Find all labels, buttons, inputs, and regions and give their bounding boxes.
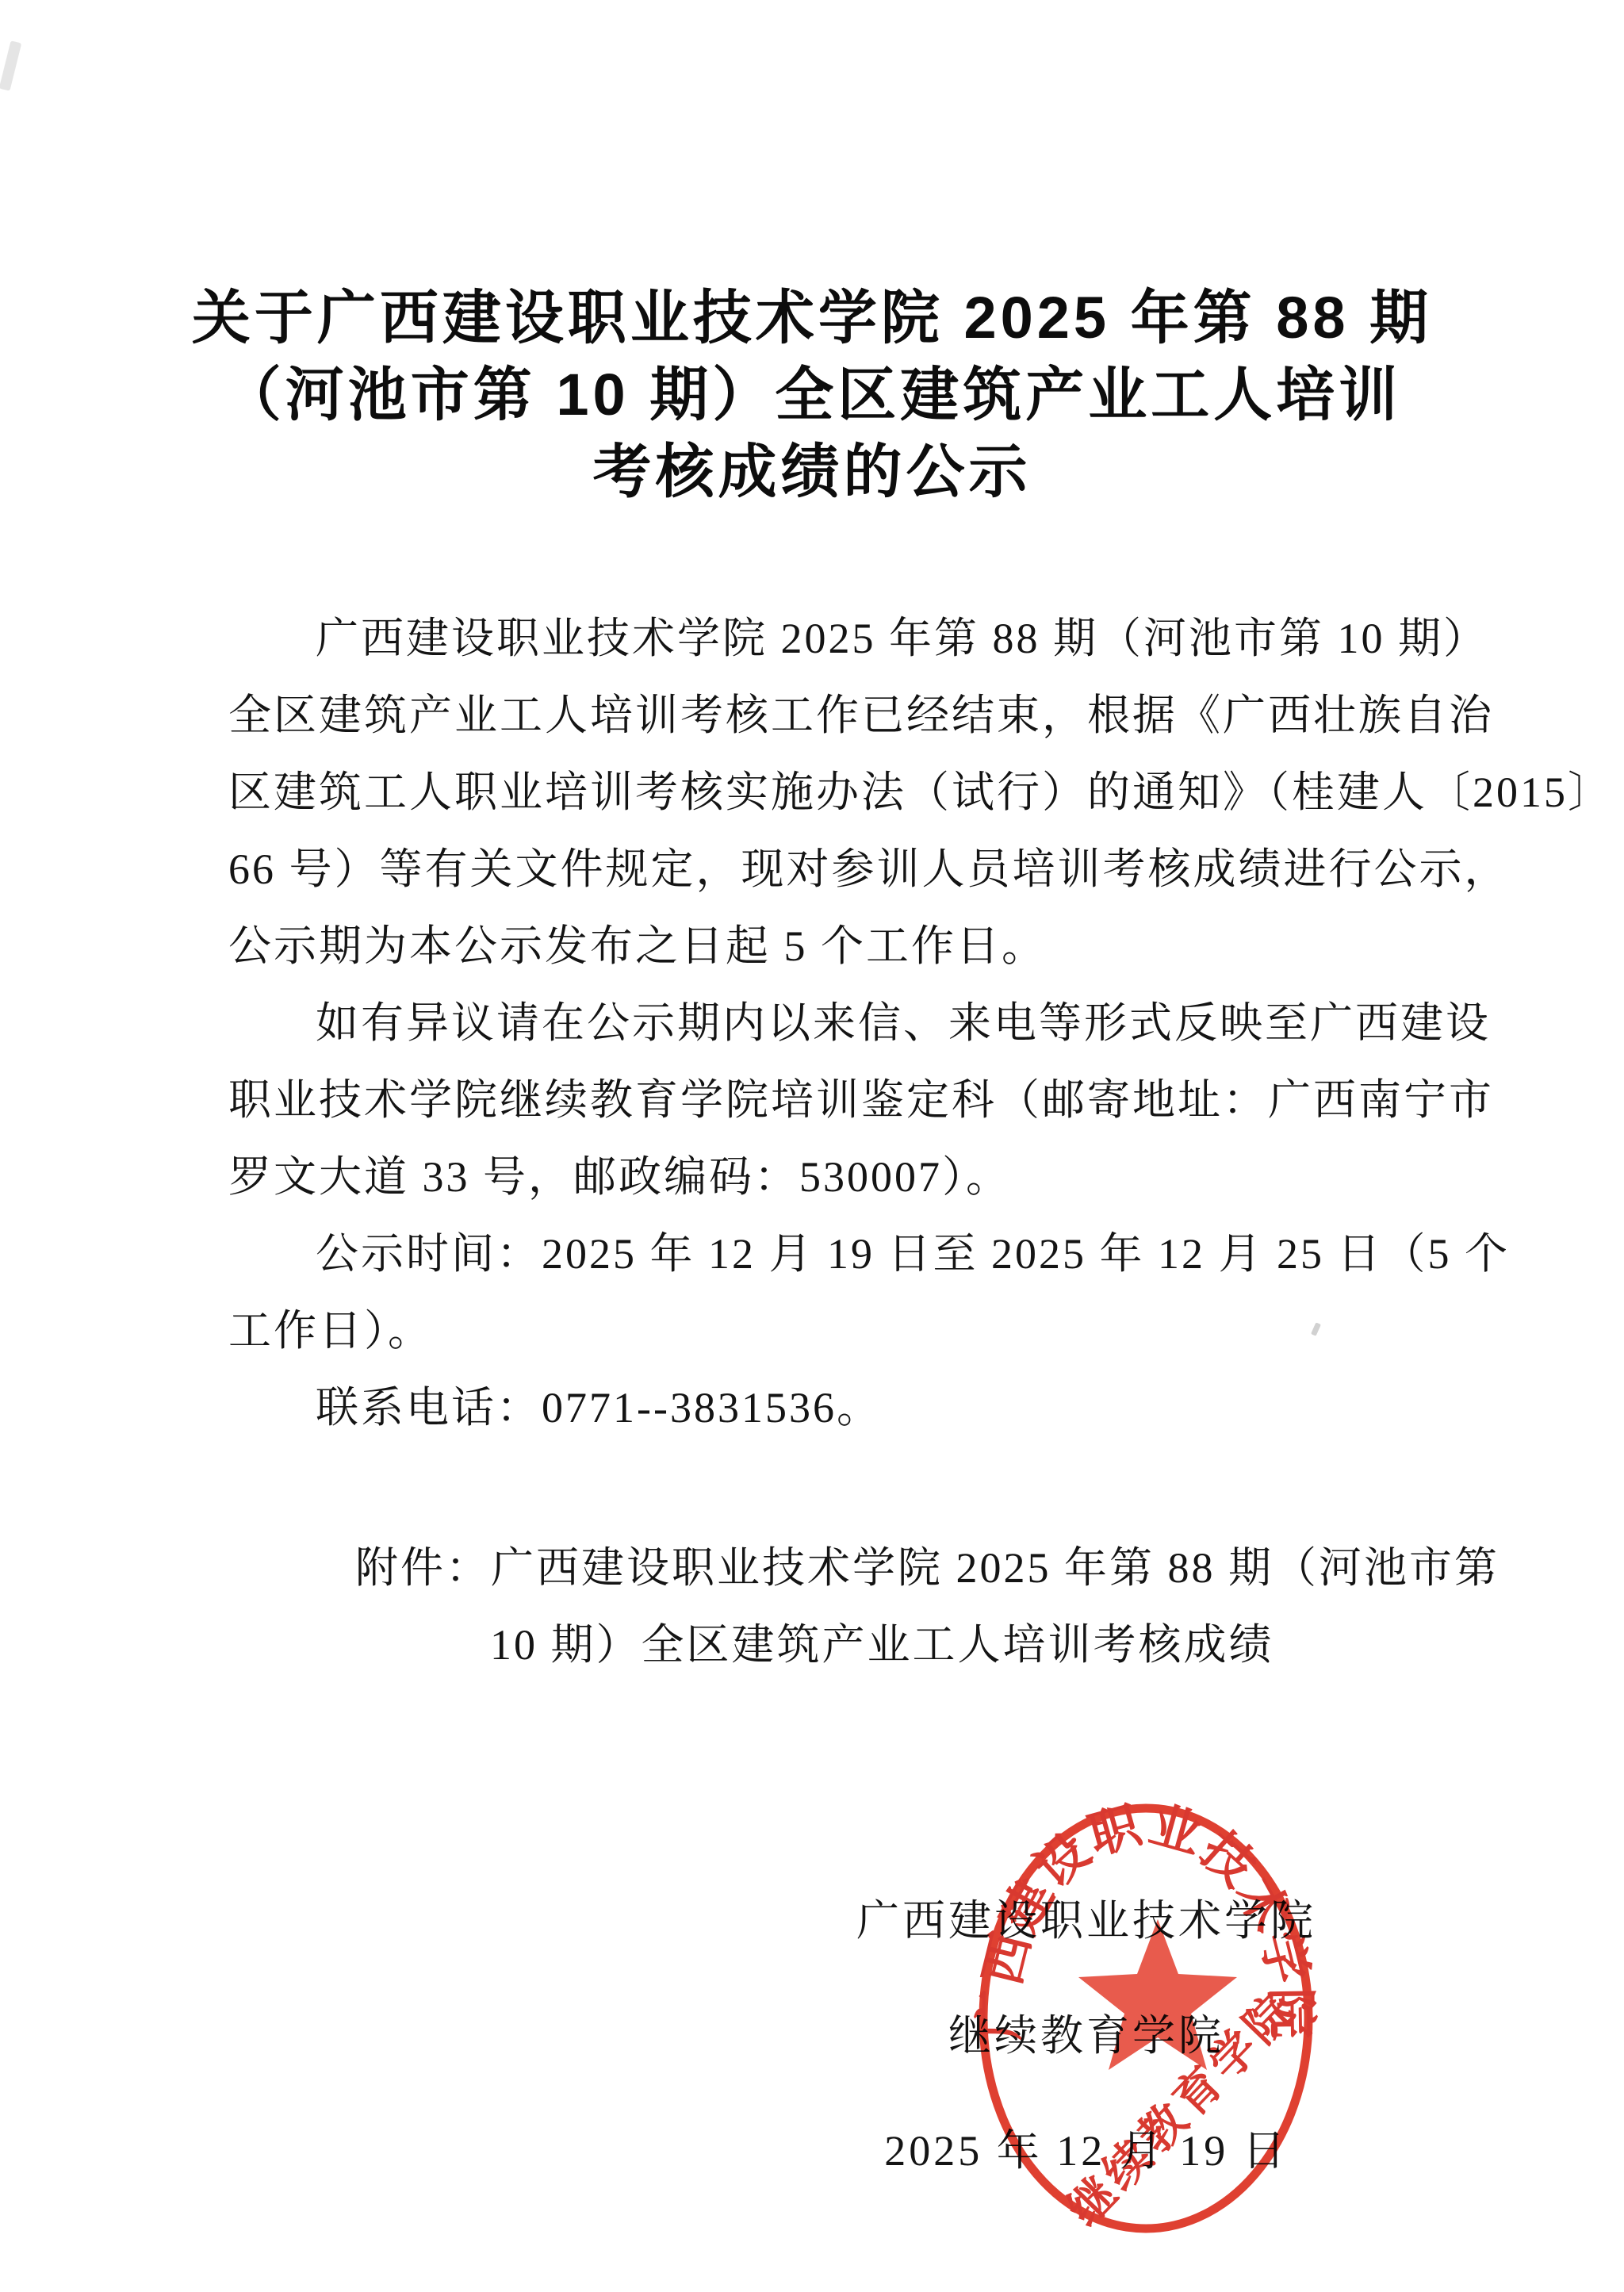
body-line: 区建筑工人职业培训考核实施办法（试行）的通知》（桂建人〔2015〕 <box>228 754 1465 831</box>
scan-artifact <box>0 40 21 91</box>
body-line: 联系电话：0771--3831536。 <box>228 1370 1465 1447</box>
title-line-2: （河池市第 10 期）全区建筑产业工人培训 <box>0 356 1624 433</box>
body-line: 66 号）等有关文件规定，现对参训人员培训考核成绩进行公示， <box>228 831 1465 908</box>
body-line: 全区建筑产业工人培训考核工作已经结束，根据《广西壮族自治 <box>228 677 1465 754</box>
title-line-1: 关于广西建设职业技术学院 2025 年第 88 期 <box>0 279 1624 356</box>
body-line: 职业技术学院继续教育学院培训鉴定科（邮寄地址：广西南宁市 <box>228 1062 1465 1139</box>
attachment-line: 10 期）全区建筑产业工人培训考核成绩 <box>490 1607 1465 1684</box>
signature-date: 2025 年 12 月 19 日 <box>809 2094 1364 2209</box>
attachment-line: 附件：广西建设职业技术学院 2025 年第 88 期（河池市第 <box>355 1530 1465 1607</box>
body-line: 公示时间：2025 年 12 月 19 日至 2025 年 12 月 25 日（… <box>228 1216 1465 1293</box>
body-line: 罗文大道 33 号，邮政编码：530007）。 <box>228 1139 1465 1216</box>
body-line: 广西建设职业技术学院 2025 年第 88 期（河池市第 10 期） <box>228 600 1465 677</box>
title-line-3: 考核成绩的公示 <box>0 433 1624 510</box>
signature-dept-line: 继续教育学院 <box>809 1979 1364 2094</box>
document-body: 广西建设职业技术学院 2025 年第 88 期（河池市第 10 期） 全区建筑产… <box>228 600 1465 1447</box>
body-line: 如有异议请在公示期内以来信、来电等形式反映至广西建设 <box>228 985 1465 1062</box>
document-page: 关于广西建设职业技术学院 2025 年第 88 期 （河池市第 10 期）全区建… <box>0 0 1624 2292</box>
attachment-note: 附件：广西建设职业技术学院 2025 年第 88 期（河池市第 10 期）全区建… <box>228 1530 1465 1684</box>
signature-org-line: 广西建设职业技术学院 <box>809 1864 1364 1979</box>
signature-block: 广西建设职业技术学院 继续教育学院 2025 年 12 月 19 日 <box>809 1864 1364 2209</box>
body-line: 公示期为本公示发布之日起 5 个工作日。 <box>228 908 1465 985</box>
body-line: 工作日）。 <box>228 1293 1465 1370</box>
document-title: 关于广西建设职业技术学院 2025 年第 88 期 （河池市第 10 期）全区建… <box>0 279 1624 510</box>
